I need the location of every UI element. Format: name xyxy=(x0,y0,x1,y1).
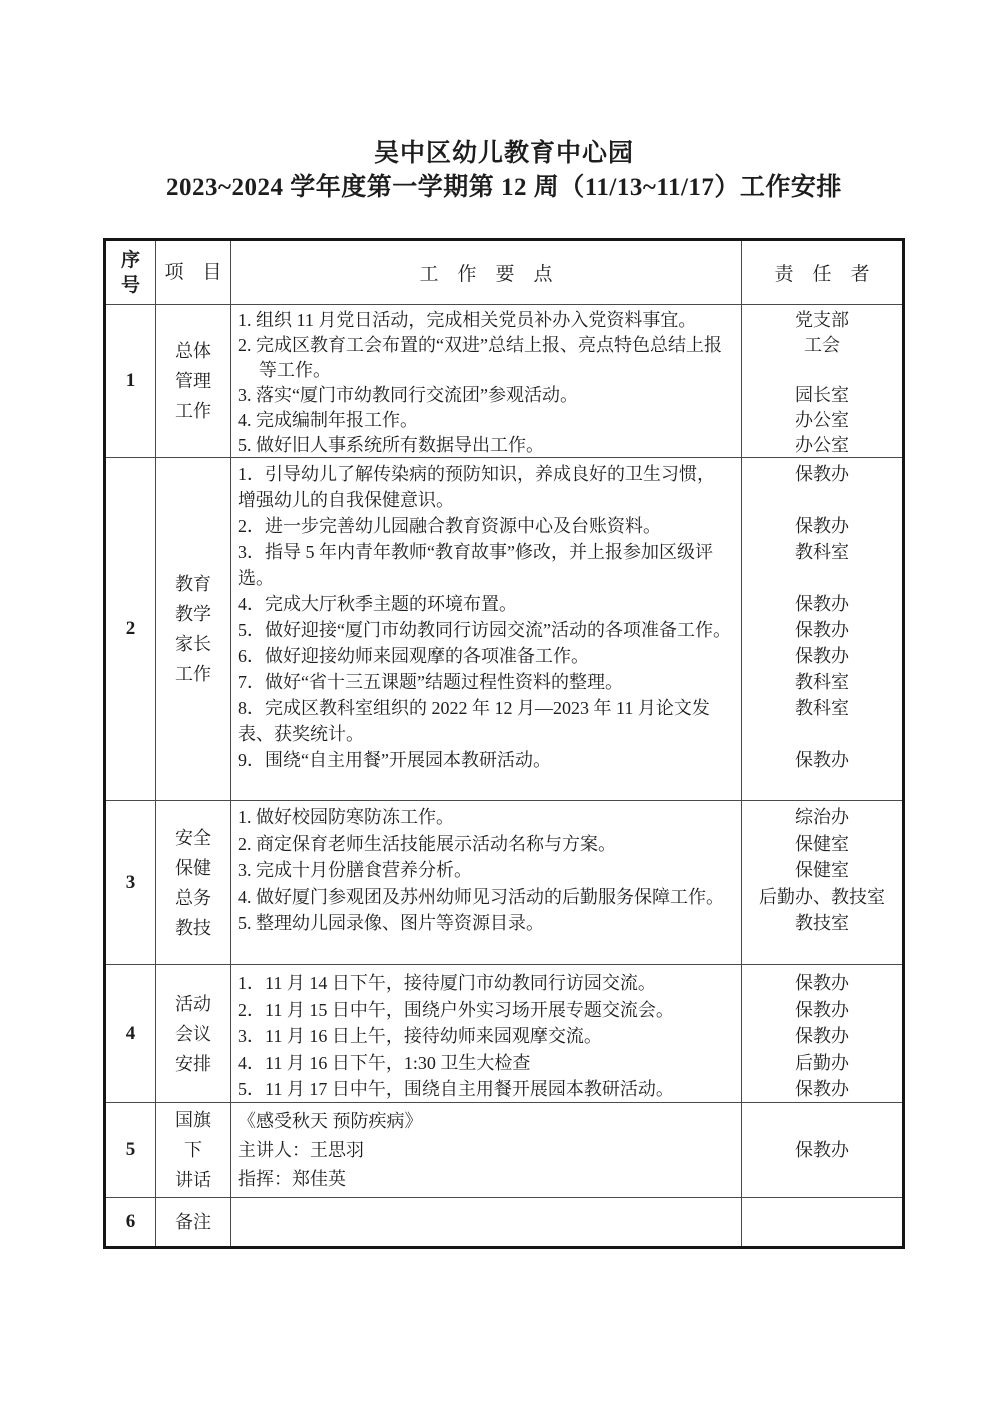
work-item: 《感受秋天 预防疾病》 主讲人：王思羽 指挥：郑佳英保教办 xyxy=(231,1103,902,1197)
table-row: 3安全 保健 总务 教技1. 做好校园防寒防冻工作。综治办2. 商定保育老师生活… xyxy=(106,801,902,965)
row-category: 活动 会议 安排 xyxy=(156,965,231,1102)
row-content: 1．11 月 14 日下午，接待厦门市幼教同行访园交流。保教办2．11 月 15… xyxy=(231,965,902,1102)
row-category: 安全 保健 总务 教技 xyxy=(156,801,231,964)
work-item: 1．11 月 14 日下午，接待厦门市幼教同行访园交流。保教办 xyxy=(231,970,902,997)
row-number: 6 xyxy=(106,1198,156,1246)
work-item: 4．完成大厅秋季主题的环境布置。保教办 xyxy=(231,591,902,617)
doc-title: 吴中区幼儿教育中心园 xyxy=(103,138,905,170)
work-item: 2．进一步完善幼儿园融合教育资源中心及台账资料。保教办 xyxy=(231,513,902,539)
row-content: 1. 做好校园防寒防冻工作。综治办2. 商定保育老师生活技能展示活动名称与方案。… xyxy=(231,801,902,964)
column-separator xyxy=(741,1103,742,1197)
work-item-text: 1. 组织 11 月党日活动，完成相关党员补办入党资料事宜。 xyxy=(231,308,742,333)
responsible-label: 保教办 xyxy=(742,591,902,617)
row-number: 4 xyxy=(106,965,156,1102)
responsible-label: 保教办 xyxy=(742,997,902,1024)
responsible-label: 保教办 xyxy=(742,1023,902,1050)
work-item-text: 2．进一步完善幼儿园融合教育资源中心及台账资料。 xyxy=(231,513,742,539)
work-item-text: 3. 落实“厦门市幼教同行交流团”参观活动。 xyxy=(231,383,742,408)
responsible-label: 后勤办 xyxy=(742,1050,902,1077)
work-item-text: 5．11 月 17 日中午，围绕自主用餐开展园本教研活动。 xyxy=(231,1076,742,1103)
work-item-text: 8．完成区教科室组织的 2022 年 12 月—2023 年 11 月论文发表、… xyxy=(231,695,742,747)
work-item: 3．11 月 16 日上午，接待幼师来园观摩交流。保教办 xyxy=(231,1023,902,1050)
responsible-label: 教科室 xyxy=(742,539,902,565)
column-separator xyxy=(741,305,742,457)
responsible-label: 教科室 xyxy=(742,669,902,695)
work-item-text: 4. 做好厦门参观团及苏州幼师见习活动的后勤服务保障工作。 xyxy=(231,884,742,911)
work-item-text: 4．11 月 16 日下午，1:30 卫生大检查 xyxy=(231,1050,742,1077)
header-cell-points: 工 作 要 点 xyxy=(231,241,742,304)
table-row: 4活动 会议 安排1．11 月 14 日下午，接待厦门市幼教同行访园交流。保教办… xyxy=(106,965,902,1103)
document-header: 吴中区幼儿教育中心园 2023~2024 学年度第一学期第 12 周（11/13… xyxy=(103,138,905,204)
row-number: 5 xyxy=(106,1103,156,1197)
column-separator xyxy=(741,965,742,1102)
responsible-label: 综治办 xyxy=(742,804,902,831)
work-item: 4. 完成编制年报工作。办公室 xyxy=(231,408,902,433)
responsible-label: 保教办 xyxy=(742,970,902,997)
work-item: 1. 做好校园防寒防冻工作。综治办 xyxy=(231,804,902,831)
responsible-label: 教技室 xyxy=(742,910,902,937)
document-page: 吴中区幼儿教育中心园 2023~2024 学年度第一学期第 12 周（11/13… xyxy=(0,0,1000,1415)
work-item-text: 3．11 月 16 日上午，接待幼师来园观摩交流。 xyxy=(231,1023,742,1050)
responsible-label: 保健室 xyxy=(742,857,902,884)
row-category: 国旗 下 讲话 xyxy=(156,1103,231,1197)
work-item: 2. 完成区教育工会布置的“双进”总结上报、亮点特色总结上报等工作。工会 xyxy=(231,333,902,383)
responsible-label: 保教办 xyxy=(742,513,902,539)
work-item-text: 5. 整理幼儿园录像、图片等资源目录。 xyxy=(231,910,742,937)
work-item: 5．11 月 17 日中午，围绕自主用餐开展园本教研活动。保教办 xyxy=(231,1076,902,1103)
responsible-label: 园长室 xyxy=(742,383,902,408)
work-item-text: 1. 做好校园防寒防冻工作。 xyxy=(231,804,742,831)
responsible-label: 后勤办、教技室 xyxy=(742,884,902,911)
work-item-text: 6．做好迎接幼师来园观摩的各项准备工作。 xyxy=(231,643,742,669)
work-item-text: 4．完成大厅秋季主题的环境布置。 xyxy=(231,591,742,617)
work-item-text: 2. 商定保育老师生活技能展示活动名称与方案。 xyxy=(231,831,742,858)
row-category: 备注 xyxy=(156,1198,231,1246)
responsible-label: 保教办 xyxy=(742,1076,902,1103)
responsible-label: 保教办 xyxy=(742,617,902,643)
work-item-text: 2. 完成区教育工会布置的“双进”总结上报、亮点特色总结上报等工作。 xyxy=(231,333,742,383)
work-item-text: 1．引导幼儿了解传染病的预防知识，养成良好的卫生习惯，增强幼儿的自我保健意识。 xyxy=(231,461,742,513)
work-item: 4．11 月 16 日下午，1:30 卫生大检查后勤办 xyxy=(231,1050,902,1077)
responsible-label: 办公室 xyxy=(742,408,902,433)
table-body: 1总体 管理 工作1. 组织 11 月党日活动，完成相关党员补办入党资料事宜。党… xyxy=(106,305,902,1246)
responsible-label: 党支部 xyxy=(742,308,902,333)
work-item: 1．引导幼儿了解传染病的预防知识，养成良好的卫生习惯，增强幼儿的自我保健意识。保… xyxy=(231,461,902,513)
work-item-text: 3. 完成十月份膳食营养分析。 xyxy=(231,857,742,884)
responsible-label: 保教办 xyxy=(742,747,902,773)
work-item: 5. 整理幼儿园录像、图片等资源目录。教技室 xyxy=(231,910,902,937)
work-item: 9．围绕“自主用餐”开展园本教研活动。保教办 xyxy=(231,747,902,773)
column-separator xyxy=(741,801,742,964)
header-cell-no: 序 号 xyxy=(106,241,156,304)
work-item: 4. 做好厦门参观团及苏州幼师见习活动的后勤服务保障工作。后勤办、教技室 xyxy=(231,884,902,911)
work-item: 3. 落实“厦门市幼教同行交流团”参观活动。园长室 xyxy=(231,383,902,408)
row-number: 3 xyxy=(106,801,156,964)
row-category: 总体 管理 工作 xyxy=(156,305,231,457)
responsible-label: 保教办 xyxy=(742,461,902,487)
work-item-text: 4. 完成编制年报工作。 xyxy=(231,408,742,433)
responsible-label: 工会 xyxy=(742,333,902,358)
work-item: 8．完成区教科室组织的 2022 年 12 月—2023 年 11 月论文发表、… xyxy=(231,695,902,747)
work-item: 7．做好“省十三五课题”结题过程性资料的整理。教科室 xyxy=(231,669,902,695)
responsible-label: 教科室 xyxy=(742,695,902,721)
row-number: 2 xyxy=(106,458,156,800)
work-item-text: 9．围绕“自主用餐”开展园本教研活动。 xyxy=(231,747,742,773)
work-item-text: 《感受秋天 预防疾病》 主讲人：王思羽 指挥：郑佳英 xyxy=(231,1107,742,1194)
column-separator xyxy=(741,458,742,800)
work-item-text: 1．11 月 14 日下午，接待厦门市幼教同行访园交流。 xyxy=(231,970,742,997)
work-item: 5. 做好旧人事系统所有数据导出工作。办公室 xyxy=(231,433,902,458)
row-category: 教育 教学 家长 工作 xyxy=(156,458,231,800)
responsible-label: 保健室 xyxy=(742,831,902,858)
work-item: 5．做好迎接“厦门市幼教同行访园交流”活动的各项准备工作。保教办 xyxy=(231,617,902,643)
work-item: 2. 商定保育老师生活技能展示活动名称与方案。保健室 xyxy=(231,831,902,858)
work-item: 3．指导 5 年内青年教师“教育故事”修改，并上报参加区级评选。教科室 xyxy=(231,539,902,591)
row-content: 1．引导幼儿了解传染病的预防知识，养成良好的卫生习惯，增强幼儿的自我保健意识。保… xyxy=(231,458,902,800)
table-row: 2教育 教学 家长 工作1．引导幼儿了解传染病的预防知识，养成良好的卫生习惯，增… xyxy=(106,458,902,801)
work-item-text: 2．11 月 15 日中午，围绕户外实习场开展专题交流会。 xyxy=(231,997,742,1024)
table-row: 5国旗 下 讲话《感受秋天 预防疾病》 主讲人：王思羽 指挥：郑佳英保教办 xyxy=(106,1103,902,1198)
work-item-text: 5．做好迎接“厦门市幼教同行访园交流”活动的各项准备工作。 xyxy=(231,617,742,643)
row-content: 《感受秋天 预防疾病》 主讲人：王思羽 指挥：郑佳英保教办 xyxy=(231,1103,902,1197)
work-item-text: 3．指导 5 年内青年教师“教育故事”修改，并上报参加区级评选。 xyxy=(231,539,742,591)
work-item: 6．做好迎接幼师来园观摩的各项准备工作。保教办 xyxy=(231,643,902,669)
responsible-label: 保教办 xyxy=(742,1136,902,1165)
work-item-text: 5. 做好旧人事系统所有数据导出工作。 xyxy=(231,433,742,458)
row-number: 1 xyxy=(106,305,156,457)
header-cell-item: 项 目 xyxy=(156,241,231,304)
table-row: 1总体 管理 工作1. 组织 11 月党日活动，完成相关党员补办入党资料事宜。党… xyxy=(106,305,902,458)
work-schedule-table: 序 号 项 目 工 作 要 点 责 任 者 1总体 管理 工作1. 组织 11 … xyxy=(103,238,905,1249)
column-separator xyxy=(741,1198,742,1246)
row-content: 1. 组织 11 月党日活动，完成相关党员补办入党资料事宜。党支部2. 完成区教… xyxy=(231,305,902,457)
responsible-label: 办公室 xyxy=(742,433,902,458)
work-item-text: 7．做好“省十三五课题”结题过程性资料的整理。 xyxy=(231,669,742,695)
work-item: 3. 完成十月份膳食营养分析。保健室 xyxy=(231,857,902,884)
responsible-label: 保教办 xyxy=(742,643,902,669)
table-row: 6备注 xyxy=(106,1198,902,1246)
header-cell-resp: 责 任 者 xyxy=(742,241,902,304)
table-header-row: 序 号 项 目 工 作 要 点 责 任 者 xyxy=(106,241,902,305)
row-content xyxy=(231,1198,902,1246)
work-item: 1. 组织 11 月党日活动，完成相关党员补办入党资料事宜。党支部 xyxy=(231,308,902,333)
doc-subtitle: 2023~2024 学年度第一学期第 12 周（11/13~11/17）工作安排 xyxy=(103,172,905,204)
work-item: 2．11 月 15 日中午，围绕户外实习场开展专题交流会。保教办 xyxy=(231,997,902,1024)
